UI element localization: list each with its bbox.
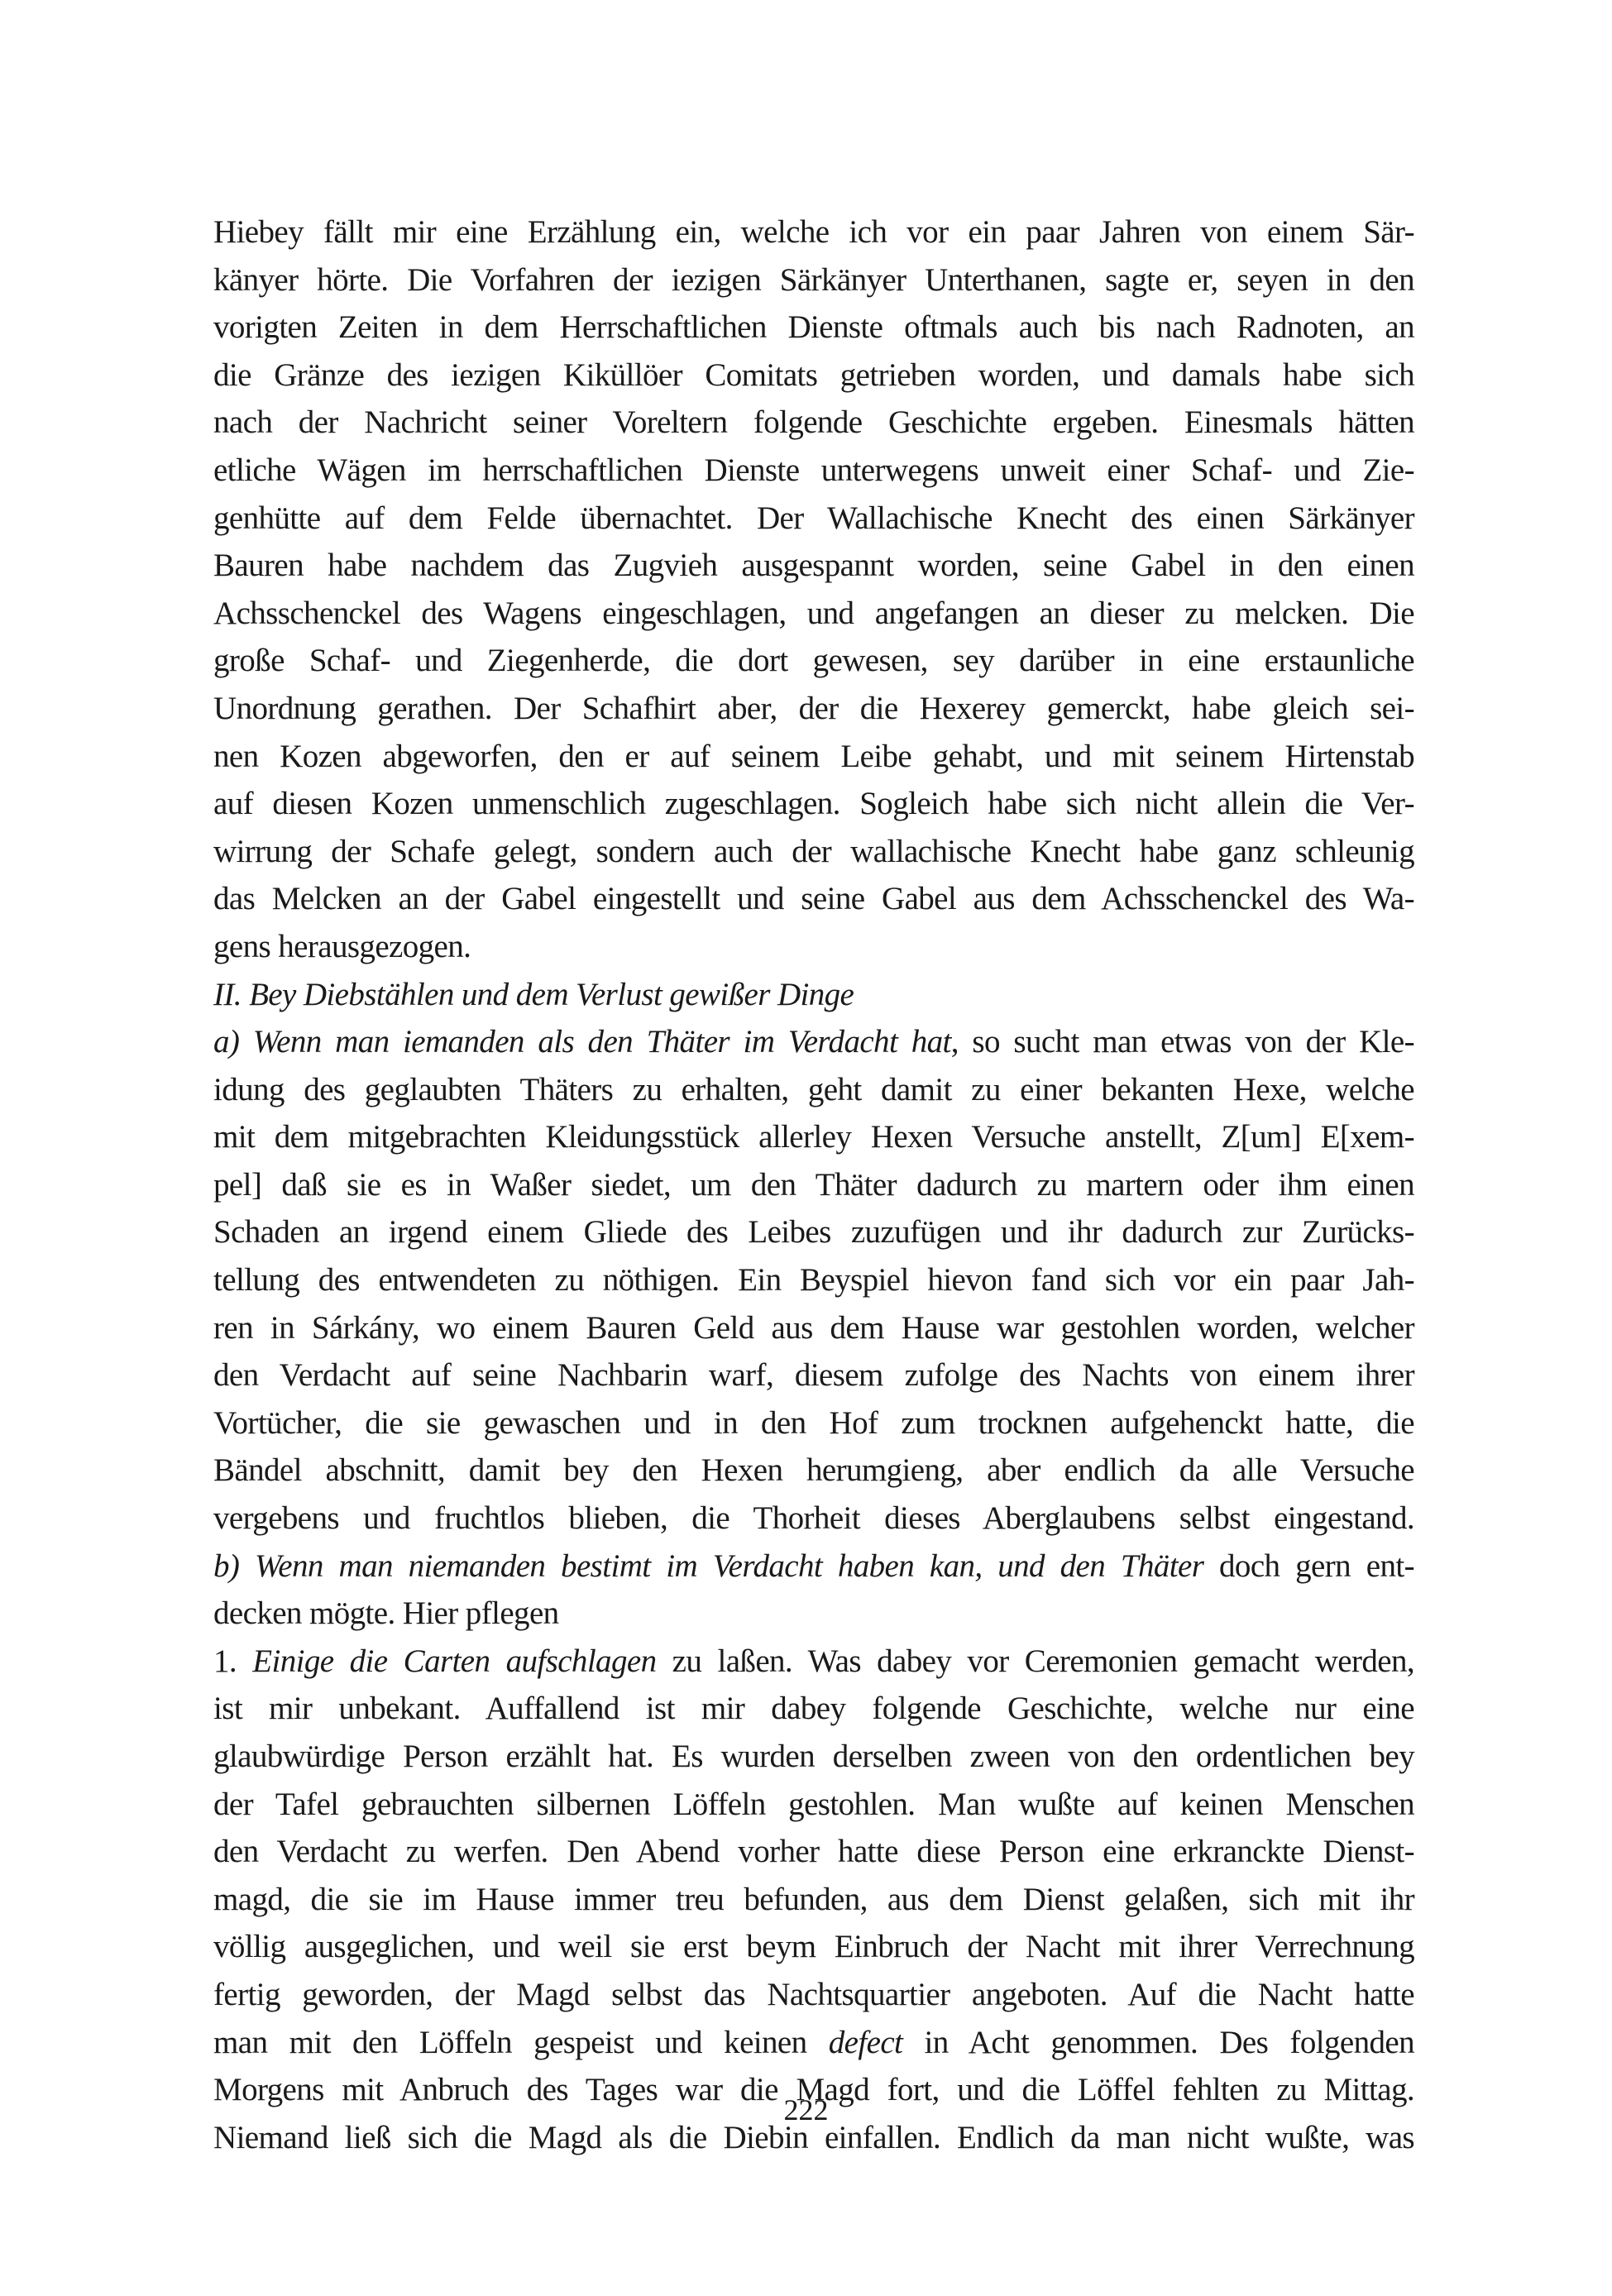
document-body: Hiebey fällt mir eine Erzählung ein, wel… [213,208,1414,2161]
text-line: den Verdacht zu werfen. Den Abend vorher… [213,1828,1414,1876]
text-line: Unordnung gerathen. Der Schafhirt aber, … [213,685,1414,733]
text-line: nen Kozen abgeworfen, den er auf seinem … [213,733,1414,781]
text-line: 1. Einige die Carten aufschlagen zu laße… [213,1638,1414,1686]
text-line: genhütte auf dem Felde übernachtet. Der … [213,495,1414,543]
text-line: mit dem mitgebrachten Kleidungsstück all… [213,1113,1414,1161]
text-line: ren in Sárkány, wo einem Bauren Geld aus… [213,1304,1414,1352]
text-line: ist mir unbekant. Auffallend ist mir dab… [213,1685,1414,1733]
text-line: decken mögte. Hier pflegen [213,1590,1414,1638]
text-segment: Hiebey fällt mir eine Erzählung ein, wel… [213,214,1414,250]
text-line: auf diesen Kozen unmenschlich zugeschlag… [213,780,1414,828]
text-segment: nen Kozen abgeworfen, den er auf seinem … [213,739,1414,774]
text-line: fertig geworden, der Magd selbst das Nac… [213,1971,1414,2019]
text-line: vorigten Zeiten in dem Herrschaftlichen … [213,304,1414,352]
text-segment: große Schaf- und Ziegenherde, die dort g… [213,643,1414,678]
text-segment: doch gern ent- [1203,1548,1414,1584]
text-segment: 1. [213,1643,252,1679]
text-segment: Bändel abschnitt, damit bey den Hexen he… [213,1452,1414,1488]
text-line: Hiebey fällt mir eine Erzählung ein, wel… [213,208,1414,256]
text-segment: genhütte auf dem Felde übernachtet. Der … [213,500,1414,536]
text-segment: die Gränze des iezigen Kiküllöer Comitat… [213,357,1414,393]
text-segment: Unordnung gerathen. Der Schafhirt aber, … [213,691,1414,726]
text-segment: glaubwürdige Person erzählt hat. Es wurd… [213,1739,1414,1774]
text-segment: pel] daß sie es in Waßer siedet, um den … [213,1167,1414,1203]
text-line: a) Wenn man iemanden als den Thäter im V… [213,1018,1414,1066]
text-segment: vergebens und fruchtlos blieben, die Tho… [213,1500,1414,1536]
italic-text-segment: a) Wenn man iemanden als den Thäter im V… [213,1024,951,1060]
text-line: man mit den Löffeln gespeist und keinen … [213,2019,1414,2067]
text-line: Schaden an irgend einem Gliede des Leibe… [213,1208,1414,1256]
italic-text-segment: defect [829,2025,903,2060]
text-segment: tellung des entwendeten zu nöthigen. Ein… [213,1262,1414,1298]
text-segment: idung des geglaubten Thäters zu erhalten… [213,1072,1414,1107]
text-line: völlig ausgeglichen, und weil sie erst b… [213,1923,1414,1971]
text-line: der Tafel gebrauchten silbernen Löffeln … [213,1781,1414,1829]
text-segment: Vortücher, die sie gewaschen und in den … [213,1405,1414,1441]
text-line: nach der Nachricht seiner Voreltern folg… [213,399,1414,447]
text-segment: nach der Nachricht seiner Voreltern folg… [213,404,1414,440]
text-segment: ist mir unbekant. Auffallend ist mir dab… [213,1691,1414,1726]
text-line: den Verdacht auf seine Nachbarin warf, d… [213,1351,1414,1399]
text-segment: Achsschenckel des Wagens eingeschlagen, … [213,596,1414,631]
text-line: vergebens und fruchtlos blieben, die Tho… [213,1495,1414,1543]
text-line: idung des geglaubten Thäters zu erhalten… [213,1066,1414,1114]
text-line: pel] daß sie es in Waßer siedet, um den … [213,1161,1414,1209]
text-segment: etliche Wägen im herrschaftlichen Dienst… [213,452,1414,488]
text-segment: völlig ausgeglichen, und weil sie erst b… [213,1929,1414,1964]
text-segment: magd, die sie im Hause immer treu befund… [213,1882,1414,1917]
text-segment: mit dem mitgebrachten Kleidungsstück all… [213,1119,1414,1155]
text-segment: wirrung der Schafe gelegt, sondern auch … [213,834,1414,869]
text-segment: der Tafel gebrauchten silbernen Löffeln … [213,1787,1414,1822]
italic-text-segment: b) Wenn man niemanden bestimt im Verdach… [213,1548,1203,1584]
text-line: Achsschenckel des Wagens eingeschlagen, … [213,590,1414,638]
text-segment: Schaden an irgend einem Gliede des Leibe… [213,1214,1414,1250]
text-line: känyer hörte. Die Vorfahren der iezigen … [213,256,1414,304]
text-segment: den Verdacht zu werfen. Den Abend vorher… [213,1834,1414,1869]
text-line: b) Wenn man niemanden bestimt im Verdach… [213,1543,1414,1590]
text-line: gens herausgezogen. [213,923,1414,971]
text-segment: fertig geworden, der Magd selbst das Nac… [213,1977,1414,2012]
italic-text-segment: II. Bey Diebstählen und dem Verlust gewi… [213,977,854,1012]
text-line: Bauren habe nachdem das Zugvieh ausgespa… [213,542,1414,590]
italic-text-segment: Einige die Carten aufschlagen [252,1643,656,1679]
text-line: glaubwürdige Person erzählt hat. Es wurd… [213,1733,1414,1781]
text-segment: vorigten Zeiten in dem Herrschaftlichen … [213,309,1414,345]
text-segment: gens herausgezogen. [213,929,471,964]
text-segment: , so sucht man etwas von der Kle- [951,1024,1414,1060]
text-segment: zu laßen. Was dabey vor Ceremonien gemac… [656,1643,1414,1679]
text-segment: in Acht genommen. Des folgenden [902,2025,1414,2060]
page-number: 222 [0,2093,1612,2127]
text-line: die Gränze des iezigen Kiküllöer Comitat… [213,352,1414,399]
text-line: tellung des entwendeten zu nöthigen. Ein… [213,1256,1414,1304]
text-segment: ren in Sárkány, wo einem Bauren Geld aus… [213,1310,1414,1346]
text-segment: man mit den Löffeln gespeist und keinen [213,2025,829,2060]
text-segment: Bauren habe nachdem das Zugvieh ausgespa… [213,548,1414,583]
text-segment: auf diesen Kozen unmenschlich zugeschlag… [213,786,1414,821]
text-line: magd, die sie im Hause immer treu befund… [213,1876,1414,1924]
text-segment: känyer hörte. Die Vorfahren der iezigen … [213,262,1414,298]
text-segment: decken mögte. Hier pflegen [213,1595,559,1631]
text-segment: den Verdacht auf seine Nachbarin warf, d… [213,1357,1414,1393]
text-line: wirrung der Schafe gelegt, sondern auch … [213,828,1414,876]
text-line: Vortücher, die sie gewaschen und in den … [213,1399,1414,1447]
text-line: große Schaf- und Ziegenherde, die dort g… [213,637,1414,685]
text-line: das Melcken an der Gabel eingestellt und… [213,875,1414,923]
text-line: etliche Wägen im herrschaftlichen Dienst… [213,447,1414,495]
text-line: Bändel abschnitt, damit bey den Hexen he… [213,1447,1414,1495]
text-line: II. Bey Diebstählen und dem Verlust gewi… [213,971,1414,1019]
text-segment: das Melcken an der Gabel eingestellt und… [213,881,1414,916]
